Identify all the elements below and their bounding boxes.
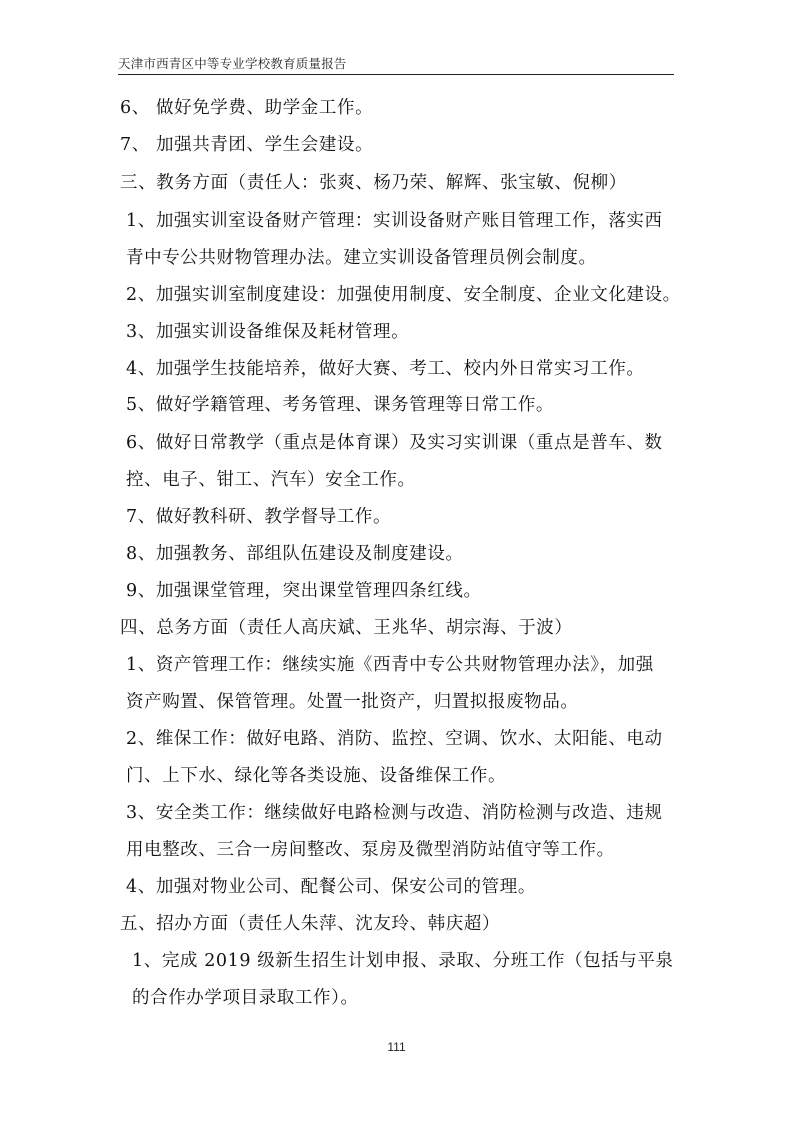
paragraph-line: 8、加强教务、部组队伍建设及制度建设。 bbox=[126, 543, 464, 565]
paragraph-line: 的合作办学项目录取工作）。 bbox=[132, 987, 359, 1009]
list-item-6-tuition-aid: 6、 做好免学费、助学金工作。 bbox=[120, 97, 373, 119]
paragraph-line: 1、完成 2019 级新生招生计划申报、录取、分班工作（包括与平泉 bbox=[132, 950, 674, 972]
paragraph-line: 2、维保工作：做好电路、消防、监控、空调、饮水、太阳能、电动 bbox=[126, 728, 663, 750]
paragraph-line: 6、做好日常教学（重点是体育课）及实习实训课（重点是普车、数 bbox=[126, 432, 663, 454]
paragraph-line: 4、加强学生技能培养，做好大赛、考工、校内外日常实习工作。 bbox=[126, 358, 645, 380]
paragraph-line: 用电整改、三合一房间整改、泵房及微型消防站值守等工作。 bbox=[126, 839, 615, 861]
paragraph-line: 2、加强实训室制度建设：加强使用制度、安全制度、企业文化建设。 bbox=[126, 284, 681, 306]
paragraph-line: 7、做好教科研、教学督导工作。 bbox=[126, 506, 391, 528]
paragraph-line: 9、加强课堂管理，突出课堂管理四条红线。 bbox=[126, 580, 482, 602]
page-number: 111 bbox=[0, 1040, 793, 1054]
paragraph-line: 门、上下水、绿化等各类设施、设备维保工作。 bbox=[126, 765, 506, 787]
paragraph-line: 青中专公共财物管理办法。建立实训设备管理员例会制度。 bbox=[126, 247, 597, 269]
section-heading-general-affairs: 四、总务方面（责任人高庆斌、王兆华、胡宗海、于波） bbox=[120, 617, 573, 639]
paragraph-line: 1、资产管理工作：继续实施《西青中专公共财物管理办法》，加强 bbox=[126, 654, 654, 676]
list-item-7-youth-league: 7、 加强共青团、学生会建设。 bbox=[120, 134, 373, 156]
paragraph-line: 3、加强实训设备维保及耗材管理。 bbox=[126, 321, 409, 343]
paragraph-line: 1、加强实训室设备财产管理：实训设备财产账目管理工作，落实西 bbox=[126, 210, 663, 232]
paragraph-line: 资产购置、保管管理。处置一批资产，归置拟报废物品。 bbox=[126, 691, 579, 713]
paragraph-line: 4、加强对物业公司、配餐公司、保安公司的管理。 bbox=[126, 876, 536, 898]
header-title: 天津市西青区中等专业学校教育质量报告 bbox=[118, 56, 674, 72]
paragraph-line: 5、做好学籍管理、考务管理、课务管理等日常工作。 bbox=[126, 394, 554, 416]
paragraph-line: 控、电子、钳工、汽车）安全工作。 bbox=[126, 469, 416, 491]
running-header: 天津市西青区中等专业学校教育质量报告 bbox=[118, 56, 674, 75]
section-heading-admissions: 五、招办方面（责任人朱萍、沈友玲、韩庆超） bbox=[120, 913, 500, 935]
section-heading-academic-affairs: 三、教务方面（责任人：张爽、杨乃荣、解辉、张宝敏、倪柳） bbox=[120, 172, 627, 194]
paragraph-line: 3、安全类工作：继续做好电路检测与改造、消防检测与改造、违规 bbox=[126, 802, 663, 824]
